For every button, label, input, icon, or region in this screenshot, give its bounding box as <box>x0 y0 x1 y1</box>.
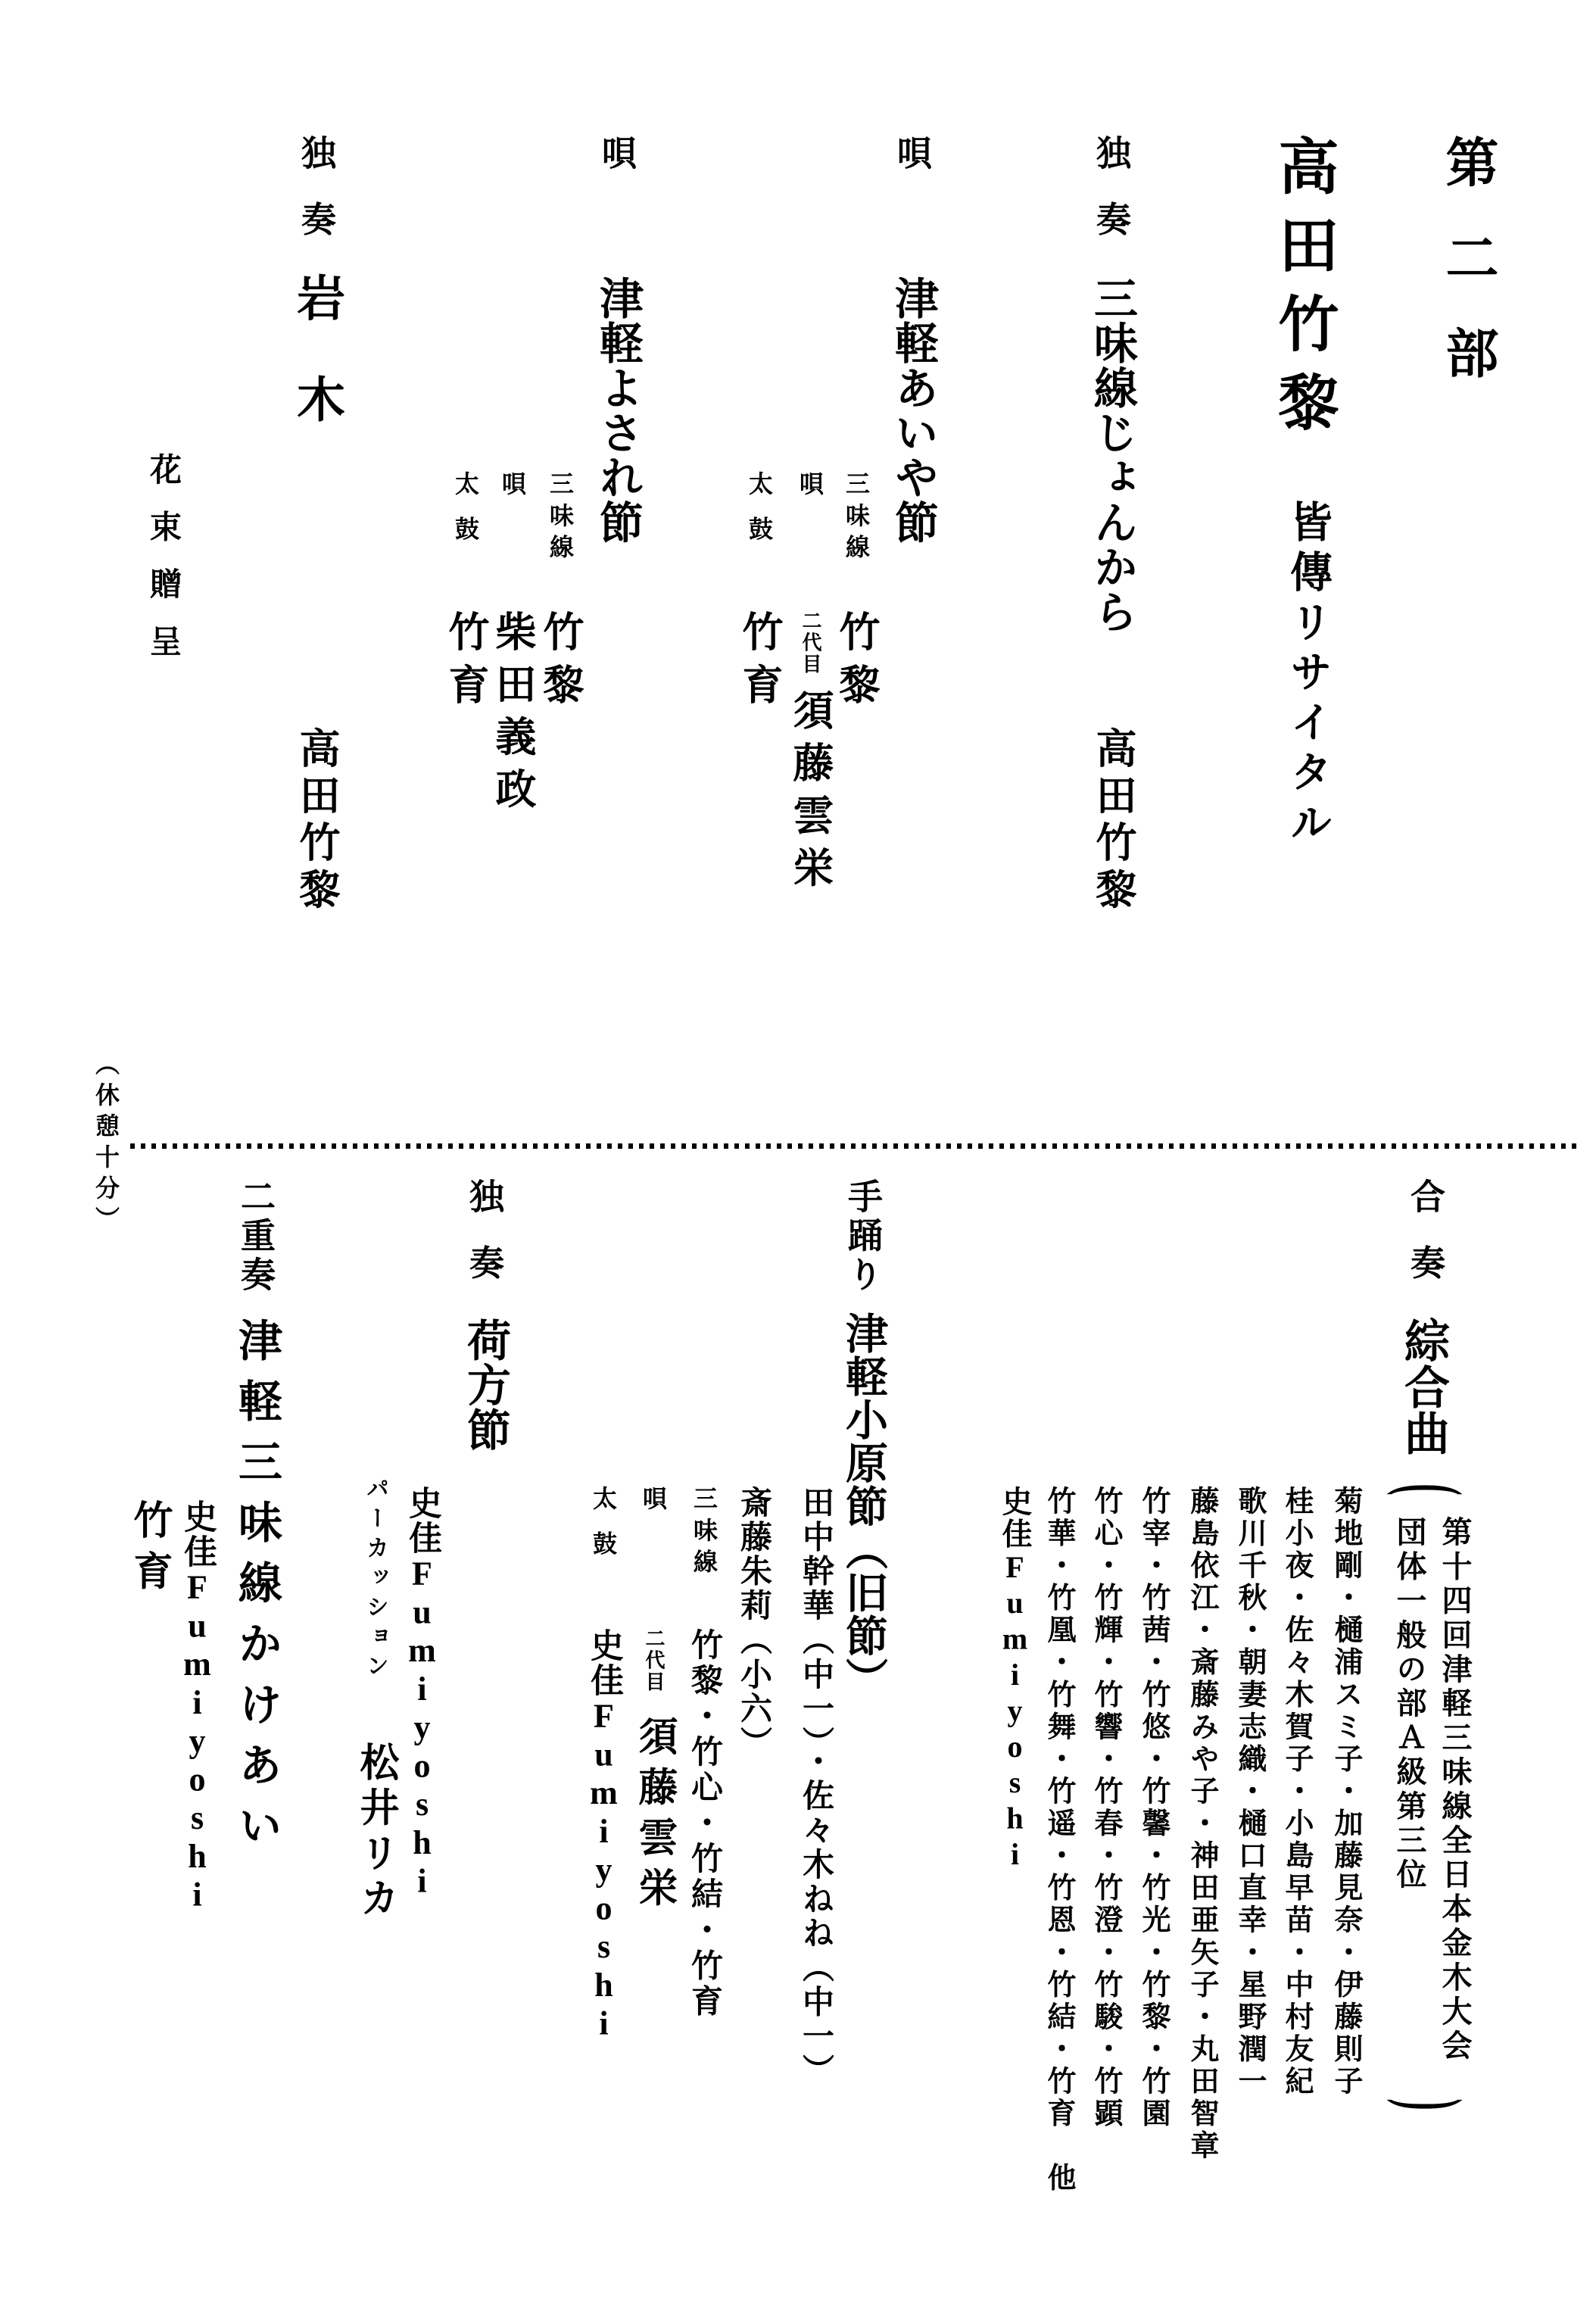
credit-role-label: 唄 <box>641 1486 666 1510</box>
dancers-names-line1: 田中幹華（中一）・佐々木ねね（中一） <box>800 1486 831 2088</box>
award-paren-close: ) <box>1390 2098 1473 2110</box>
ensemble-members-column: 桂小夜・佐々木賀子・小島早苗・中村友紀 <box>1282 1486 1311 2098</box>
credit-performer-name: 須藤雲栄 <box>790 689 831 898</box>
part-title: 第二部 <box>1440 135 1493 421</box>
song-title: 津軽よされ節 <box>595 276 639 544</box>
dancers-names-line2: 斎藤朱莉（小六） <box>737 1486 769 1761</box>
performance-type-label: 独奏 <box>467 1178 502 1311</box>
award-note-line2: 団体一般の部Ａ級第三位 <box>1394 1516 1424 1892</box>
ensemble-members-column: 歌川千秋・朝妻志織・樋口直幸・星野潤一 <box>1235 1486 1264 2098</box>
performance-type-label: 唄 <box>600 135 634 170</box>
song-title: 三味線じょんから <box>1089 276 1133 634</box>
performer-name: 竹育 <box>129 1499 168 1602</box>
ensemble-members-column: 史佳Fumiyoshi <box>999 1486 1030 1873</box>
credit-role-label: パーカッション <box>363 1477 386 1683</box>
performance-type-label: 唄 <box>895 135 930 170</box>
recital-subtitle: 皆傳リサイタル <box>1286 500 1329 850</box>
ensemble-members-column: 藤島依江・斎藤みや子・神田亜矢子・丸田智章 <box>1187 1486 1216 2163</box>
credit-role-label: 三味線 <box>844 471 868 566</box>
award-paren-open: ( <box>1390 1483 1473 1495</box>
song-title: 岩 木 <box>292 273 341 426</box>
credit-role-label: 唄 <box>500 471 525 495</box>
intermission-note: （休憩十分） <box>94 1051 118 1237</box>
ensemble-members-column: 竹宰・竹茜・竹悠・竹馨・竹光・竹黎・竹園 <box>1139 1486 1167 2130</box>
song-title: 荷方節 <box>463 1318 507 1452</box>
credit-performer-name: 竹黎 <box>836 610 877 716</box>
credit-role-label: 太鼓 <box>747 471 772 560</box>
performance-type-label: 二重奏 <box>238 1178 273 1296</box>
performance-type-label: 独奏 <box>1094 135 1129 267</box>
credit-role-label: 三味線 <box>548 471 572 566</box>
ensemble-members-column: 菊地剛・樋浦スミ子・加藤見奈・伊藤則子 <box>1331 1486 1360 2098</box>
credit-performer-name: 竹育 <box>739 610 780 716</box>
credit-performer-name: 竹黎 <box>540 610 581 716</box>
program-page: 第二部 高田竹黎 皆傳リサイタル 独奏 三味線じょんから 高田竹黎 唄 津軽あい… <box>0 0 1596 2299</box>
credit-performer-name: 柴田義政 <box>492 610 533 819</box>
ensemble-members-column: 竹心・竹輝・竹響・竹春・竹澄・竹駿・竹顕 <box>1091 1486 1120 2130</box>
credit-role-label: 唄 <box>798 471 822 495</box>
intermission-divider <box>130 1143 1581 1149</box>
credit-name-prefix: 二代目 <box>644 1628 663 1693</box>
bouquet-note: 花束贈呈 <box>147 453 179 682</box>
award-note-line1: 第十四回津軽三味線全日本金木大会 <box>1439 1516 1470 2063</box>
credit-name-prefix: 二代目 <box>800 610 820 675</box>
credit-role-label: 太鼓 <box>454 471 478 560</box>
performer-name: 史佳Fumiyoshi <box>180 1499 214 1914</box>
performer-name: 史佳Fumiyoshi <box>405 1486 438 1901</box>
credit-role-label: 三味線 <box>692 1486 716 1580</box>
credit-role-label: 太鼓 <box>591 1486 616 1575</box>
recital-performer-name: 高田竹黎 <box>1272 135 1333 450</box>
song-title: 綜合曲 <box>1401 1318 1446 1457</box>
credit-performer-name: 竹黎・竹心・竹結・竹育 <box>688 1628 720 2020</box>
performance-type-label: 合奏 <box>1408 1178 1443 1311</box>
performance-type-label: 手踊り <box>846 1178 881 1296</box>
song-title: 津軽三味線かけあい <box>234 1318 278 1863</box>
ensemble-members-column: 竹華・竹凰・竹舞・竹遥・竹恩・竹結・竹育 他 <box>1044 1486 1073 2194</box>
performer-name: 高田竹黎 <box>1093 727 1133 915</box>
credit-performer-name: 竹育 <box>445 610 486 716</box>
performance-type-label: 独奏 <box>299 135 334 267</box>
credit-performer-name: 史佳Fumiyoshi <box>587 1628 620 2043</box>
song-title: 津軽小原節（旧節） <box>842 1312 884 1701</box>
credit-performer-name: 須藤雲栄 <box>634 1716 673 1917</box>
performer-name: 高田竹黎 <box>296 727 337 915</box>
credit-performer-name: 松井リカ <box>355 1742 394 1923</box>
song-title: 津軽あいや節 <box>890 276 934 544</box>
